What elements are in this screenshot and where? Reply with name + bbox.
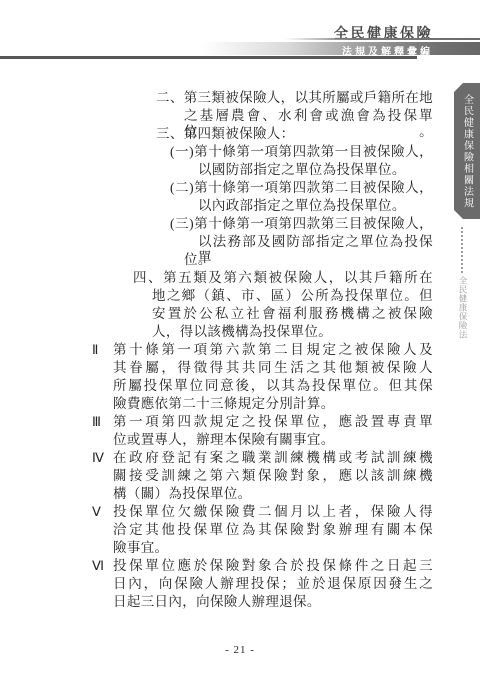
text-line: (二)第十條第一項第四款第二目被保險人， xyxy=(170,180,433,196)
page-number: - 21 - xyxy=(0,644,480,656)
text-line: 日起三日內，向保險人辦理退保。 xyxy=(113,594,321,610)
text-line: 其眷屬，得徵得其共同生活之其他類被保險人 xyxy=(113,360,433,376)
text-line: 投保單位欠繳保險費二個月以上者，保險人得 xyxy=(113,504,433,520)
text-line: 投保單位應於保險對象合於投保條件之日起三 xyxy=(113,558,433,574)
chapter-tab: 全民健康保險相關法規 xyxy=(454,83,480,219)
text-line: 位或置專人，辦理本保險有關事宜。 xyxy=(113,432,335,448)
section-label: 全民健康保險法 xyxy=(457,276,469,339)
book-title: 全民健康保險 xyxy=(334,23,433,43)
text-line: 關接受訓練之第六類保險對象，應以該訓練機 xyxy=(113,468,433,484)
text-line: 所屬投保單位同意後，以其為投保單位。但其保 xyxy=(113,378,433,394)
text-line: 地之鄉（鎮、市、區）公所為投保單位。但 xyxy=(152,288,433,304)
text-line: 以法務部及國防部指定之單位為投保單 xyxy=(198,234,433,266)
text-line: 二、第三類被保險人，以其所屬或戶籍所在地 xyxy=(156,90,433,106)
header-top-line xyxy=(285,38,480,40)
text-line: 在政府登記有案之職業訓練機構或考試訓練機 xyxy=(113,450,433,466)
paragraph-numeral: Ⅲ xyxy=(92,414,101,430)
document-page: 全民健康保險 法規及解釋彙編 全民健康保險相關法規 全民健康保險法 Ⅱ Ⅲ Ⅳ … xyxy=(0,0,480,681)
text-line: 安置於公私立社會福利服務機構之被保險 xyxy=(152,306,433,322)
text-line: 日內，向保險人辦理投保；並於退保原因發生之 xyxy=(113,576,433,592)
text-line: 四、第五類及第六類被保險人，以其戶籍所在 xyxy=(133,270,433,286)
text-line: 以內政部指定之單位為投保單位。 xyxy=(198,198,406,214)
paragraph-numeral: Ⅱ xyxy=(92,342,98,358)
text-line: 第一項第四款規定之投保單位，應設置專責單 xyxy=(113,414,433,430)
dotted-separator xyxy=(461,227,463,273)
paragraph-numeral: Ⅳ xyxy=(92,450,104,466)
text-line: 人，得以該機構為投保單位。 xyxy=(152,324,332,340)
text-line: 構（關）為投保單位。 xyxy=(113,486,252,502)
chapter-tab-label: 全民健康保險相關法規 xyxy=(460,94,475,209)
text-line: 險事宜。 xyxy=(113,540,168,556)
text-line: 三、第四類被保險人： xyxy=(156,126,295,142)
paragraph-numeral: Ⅴ xyxy=(92,504,101,520)
text-line: 以國防部指定之單位為投保單位。 xyxy=(198,162,406,178)
header-gradient-bar: 法規及解釋彙編 xyxy=(0,42,480,55)
text-line: (一)第十條第一項第四款第一目被保險人， xyxy=(170,144,433,160)
text-line: 位。 xyxy=(184,252,212,268)
header-rule xyxy=(0,56,417,59)
text-line: 險費應依第二十三條規定分別計算。 xyxy=(113,396,335,412)
text-line: 洽定其他投保單位為其保險對象辦理有關本保 xyxy=(113,522,433,538)
text-line: 第十條第一項第六款第二目規定之被保險人及 xyxy=(113,342,433,358)
text-line: (三)第十條第一項第四款第三目被保險人， xyxy=(170,216,433,232)
paragraph-numeral: Ⅵ xyxy=(92,558,104,574)
